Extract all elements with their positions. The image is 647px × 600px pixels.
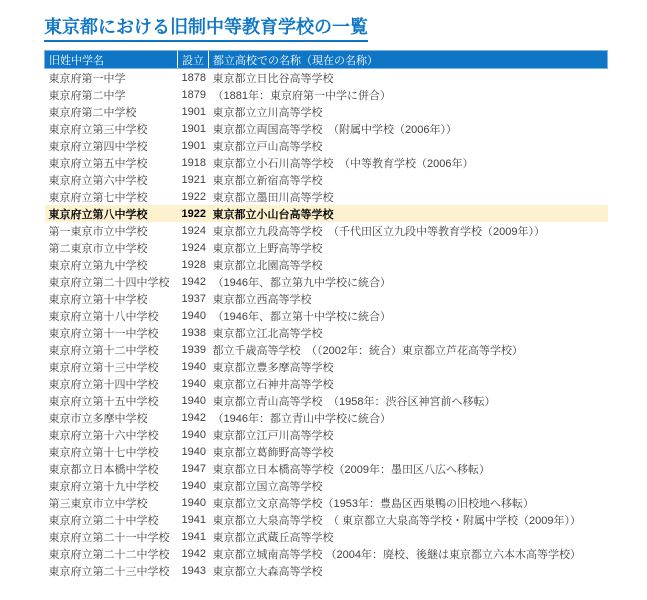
cell-school-name: 東京府立第十八中学校 [45, 307, 178, 324]
table-row: 東京府立第十九中学校1940東京都立国立高等学校 [45, 477, 608, 494]
table-body: 東京府第一中学1878東京都立日比谷高等学校東京府第二中学1879（1881年：… [45, 69, 608, 580]
cell-current-name: 東京都立江北高等学校 [209, 324, 608, 341]
cell-school-name: 東京府立第十四中学校 [45, 375, 178, 392]
cell-current-name: （1946年、都立第九中学校に統合） [209, 273, 608, 290]
table-row: 東京府立第十一中学校1938東京都立江北高等学校 [45, 324, 608, 341]
cell-school-name: 東京府第一中学 [45, 69, 178, 87]
cell-current-name: 東京都立小石川高等学校 （中等教育学校（2006年） [209, 154, 608, 171]
cell-current-name: 東京都立国立高等学校 [209, 477, 608, 494]
cell-school-name: 東京府立第十七中学校 [45, 443, 178, 460]
cell-year: 1878 [178, 69, 209, 87]
cell-current-name: 東京都立北園高等学校 [209, 256, 608, 273]
cell-year: 1937 [178, 290, 209, 307]
cell-school-name: 東京府立第十五中学校 [45, 392, 178, 409]
cell-current-name: 東京都立小山台高等学校 [209, 205, 608, 222]
cell-school-name: 東京府立第四中学校 [45, 137, 178, 154]
table-row: 東京府第二中学校1901東京都立立川高等学校 [45, 103, 608, 120]
table-row: 東京府立第五中学校1918東京都立小石川高等学校 （中等教育学校（2006年） [45, 154, 608, 171]
cell-school-name: 東京府立第十三中学校 [45, 358, 178, 375]
cell-year: 1940 [178, 358, 209, 375]
table-row: 東京府立第四中学校1901東京都立戸山高等学校 [45, 137, 608, 154]
cell-school-name: 東京府立第八中学校 [45, 205, 178, 222]
cell-year: 1940 [178, 477, 209, 494]
cell-school-name: 東京府立第十二中学校 [45, 341, 178, 358]
cell-school-name: 東京府立第十一中学校 [45, 324, 178, 341]
cell-year: 1901 [178, 137, 209, 154]
table-row: 東京府立第二十二中学校1942東京都立城南高等学校 （2004年：廃校、後継は東… [45, 545, 608, 562]
cell-current-name: 東京都立戸山高等学校 [209, 137, 608, 154]
cell-year: 1942 [178, 545, 209, 562]
table-header-row: 旧姓中学名 設立 都立高校での名称（現在の名称） [45, 51, 608, 69]
cell-year: 1922 [178, 205, 209, 222]
cell-current-name: 東京都立日比谷高等学校 [209, 69, 608, 87]
cell-year: 1924 [178, 239, 209, 256]
cell-year: 1928 [178, 256, 209, 273]
cell-school-name: 東京府立第二十中学校 [45, 511, 178, 528]
cell-current-name: 東京都立文京高等学校（1953年：豊島区西巣鴨の旧校地へ移転） [209, 494, 608, 511]
cell-current-name: 東京都立青山高等学校 （1958年：渋谷区神宮前へ移転） [209, 392, 608, 409]
cell-year: 1940 [178, 494, 209, 511]
cell-school-name: 東京府立第九中学校 [45, 256, 178, 273]
cell-current-name: 東京都立西高等学校 [209, 290, 608, 307]
table-row: 東京府立第九中学校1928東京都立北園高等学校 [45, 256, 608, 273]
cell-year: 1940 [178, 392, 209, 409]
cell-school-name: 東京府立第三中学校 [45, 120, 178, 137]
cell-school-name: 東京市立多摩中学校 [45, 409, 178, 426]
table-row: 東京府立第六中学校1921東京都立新宿高等学校 [45, 171, 608, 188]
cell-current-name: 東京都立新宿高等学校 [209, 171, 608, 188]
cell-school-name: 東京府立第十九中学校 [45, 477, 178, 494]
cell-current-name: 東京都立両国高等学校 （附属中学校（2006年）） [209, 120, 608, 137]
table-row: 東京都立日本橋中学校1947東京都立日本橋高等学校（2009年：墨田区八広へ移転… [45, 460, 608, 477]
table-row: 第一東京市立中学校1924東京都立九段高等学校 （千代田区立九段中等教育学校（2… [45, 222, 608, 239]
cell-year: 1941 [178, 528, 209, 545]
cell-year: 1901 [178, 103, 209, 120]
header-founded-year: 設立 [178, 51, 209, 69]
header-old-school-name: 旧姓中学名 [45, 51, 178, 69]
cell-school-name: 東京都立日本橋中学校 [45, 460, 178, 477]
cell-year: 1939 [178, 341, 209, 358]
table-row: 第二東京市立中学校1924東京都立上野高等学校 [45, 239, 608, 256]
page: 東京都における旧制中等教育学校の一覧 旧姓中学名 設立 都立高校での名称（現在の… [44, 16, 608, 579]
cell-year: 1922 [178, 188, 209, 205]
table-row: 東京府立第十中学校1937東京都立西高等学校 [45, 290, 608, 307]
table-row: 東京府立第十六中学校1940東京都立江戸川高等学校 [45, 426, 608, 443]
cell-current-name: 東京都立墨田川高等学校 [209, 188, 608, 205]
cell-school-name: 東京府立第十六中学校 [45, 426, 178, 443]
cell-current-name: 東京都立立川高等学校 [209, 103, 608, 120]
cell-current-name: （1881年：東京府第一中学に併合） [209, 86, 608, 103]
cell-school-name: 東京府立第十中学校 [45, 290, 178, 307]
cell-school-name: 東京府立第二十一中学校 [45, 528, 178, 545]
table-row: 東京府立第二十四中学校1942（1946年、都立第九中学校に統合） [45, 273, 608, 290]
cell-year: 1943 [178, 562, 209, 579]
cell-school-name: 東京府立第七中学校 [45, 188, 178, 205]
table-row: 東京府立第十三中学校1940東京都立豊多摩高等学校 [45, 358, 608, 375]
cell-school-name: 東京府第二中学 [45, 86, 178, 103]
table-row: 東京府立第二十一中学校1941東京都立武蔵丘高等学校 [45, 528, 608, 545]
table-row: 東京府立第十八中学校1940（1946年、都立第十中学校に統合） [45, 307, 608, 324]
cell-current-name: 東京都立九段高等学校 （千代田区立九段中等教育学校（2009年）） [209, 222, 608, 239]
page-title: 東京都における旧制中等教育学校の一覧 [44, 16, 368, 42]
table-row: 第三東京市立中学校1940東京都立文京高等学校（1953年：豊島区西巣鴨の旧校地… [45, 494, 608, 511]
cell-year: 1941 [178, 511, 209, 528]
table-row: 東京府立第三中学校1901東京都立両国高等学校 （附属中学校（2006年）） [45, 120, 608, 137]
cell-year: 1879 [178, 86, 209, 103]
cell-school-name: 東京府立第二十三中学校 [45, 562, 178, 579]
table-row: 東京府立第七中学校1922東京都立墨田川高等学校 [45, 188, 608, 205]
cell-year: 1942 [178, 273, 209, 290]
cell-year: 1940 [178, 443, 209, 460]
cell-school-name: 東京府立第二十四中学校 [45, 273, 178, 290]
cell-current-name: 東京都立大森高等学校 [209, 562, 608, 579]
cell-year: 1901 [178, 120, 209, 137]
cell-current-name: 東京都立日本橋高等学校（2009年：墨田区八広へ移転） [209, 460, 608, 477]
cell-school-name: 第二東京市立中学校 [45, 239, 178, 256]
cell-year: 1938 [178, 324, 209, 341]
cell-school-name: 東京府立第二十二中学校 [45, 545, 178, 562]
cell-year: 1940 [178, 426, 209, 443]
cell-school-name: 東京府立第六中学校 [45, 171, 178, 188]
cell-current-name: 東京都立葛飾野高等学校 [209, 443, 608, 460]
cell-school-name: 第一東京市立中学校 [45, 222, 178, 239]
cell-current-name: （1946年：都立青山中学校に統合） [209, 409, 608, 426]
cell-current-name: 東京都立上野高等学校 [209, 239, 608, 256]
cell-school-name: 東京府第二中学校 [45, 103, 178, 120]
table-row: 東京府立第二十三中学校1943東京都立大森高等学校 [45, 562, 608, 579]
table-row: 東京府第一中学1878東京都立日比谷高等学校 [45, 69, 608, 87]
table-header: 旧姓中学名 設立 都立高校での名称（現在の名称） [45, 51, 608, 69]
cell-current-name: （1946年、都立第十中学校に統合） [209, 307, 608, 324]
table-row: 東京府第二中学1879（1881年：東京府第一中学に併合） [45, 86, 608, 103]
cell-current-name: 東京都立豊多摩高等学校 [209, 358, 608, 375]
table-row: 東京府立第二十中学校1941東京都立大泉高等学校 （ 東京都立大泉高等学校・附属… [45, 511, 608, 528]
school-table: 旧姓中学名 設立 都立高校での名称（現在の名称） 東京府第一中学1878東京都立… [44, 50, 608, 579]
cell-current-name: 東京都立武蔵丘高等学校 [209, 528, 608, 545]
table-row: 東京府立第十二中学校1939都立千歳高等学校 （（2002年：統合）東京都立芦花… [45, 341, 608, 358]
table-row: 東京府立第十七中学校1940東京都立葛飾野高等学校 [45, 443, 608, 460]
cell-school-name: 東京府立第五中学校 [45, 154, 178, 171]
table-row-highlighted: 東京府立第八中学校1922東京都立小山台高等学校 [45, 205, 608, 222]
cell-current-name: 都立千歳高等学校 （（2002年：統合）東京都立芦花高等学校） [209, 341, 608, 358]
cell-current-name: 東京都立大泉高等学校 （ 東京都立大泉高等学校・附属中学校（2009年）） [209, 511, 608, 528]
table-row: 東京府立第十四中学校1940東京都立石神井高等学校 [45, 375, 608, 392]
table-row: 東京府立第十五中学校1940東京都立青山高等学校 （1958年：渋谷区神宮前へ移… [45, 392, 608, 409]
cell-year: 1924 [178, 222, 209, 239]
cell-year: 1940 [178, 375, 209, 392]
cell-school-name: 第三東京市立中学校 [45, 494, 178, 511]
cell-year: 1947 [178, 460, 209, 477]
cell-year: 1918 [178, 154, 209, 171]
cell-year: 1940 [178, 307, 209, 324]
cell-year: 1942 [178, 409, 209, 426]
table-row: 東京市立多摩中学校1942（1946年：都立青山中学校に統合） [45, 409, 608, 426]
header-current-name: 都立高校での名称（現在の名称） [209, 51, 608, 69]
cell-current-name: 東京都立城南高等学校 （2004年：廃校、後継は東京都立六本木高等学校） [209, 545, 608, 562]
cell-current-name: 東京都立江戸川高等学校 [209, 426, 608, 443]
cell-year: 1921 [178, 171, 209, 188]
cell-current-name: 東京都立石神井高等学校 [209, 375, 608, 392]
